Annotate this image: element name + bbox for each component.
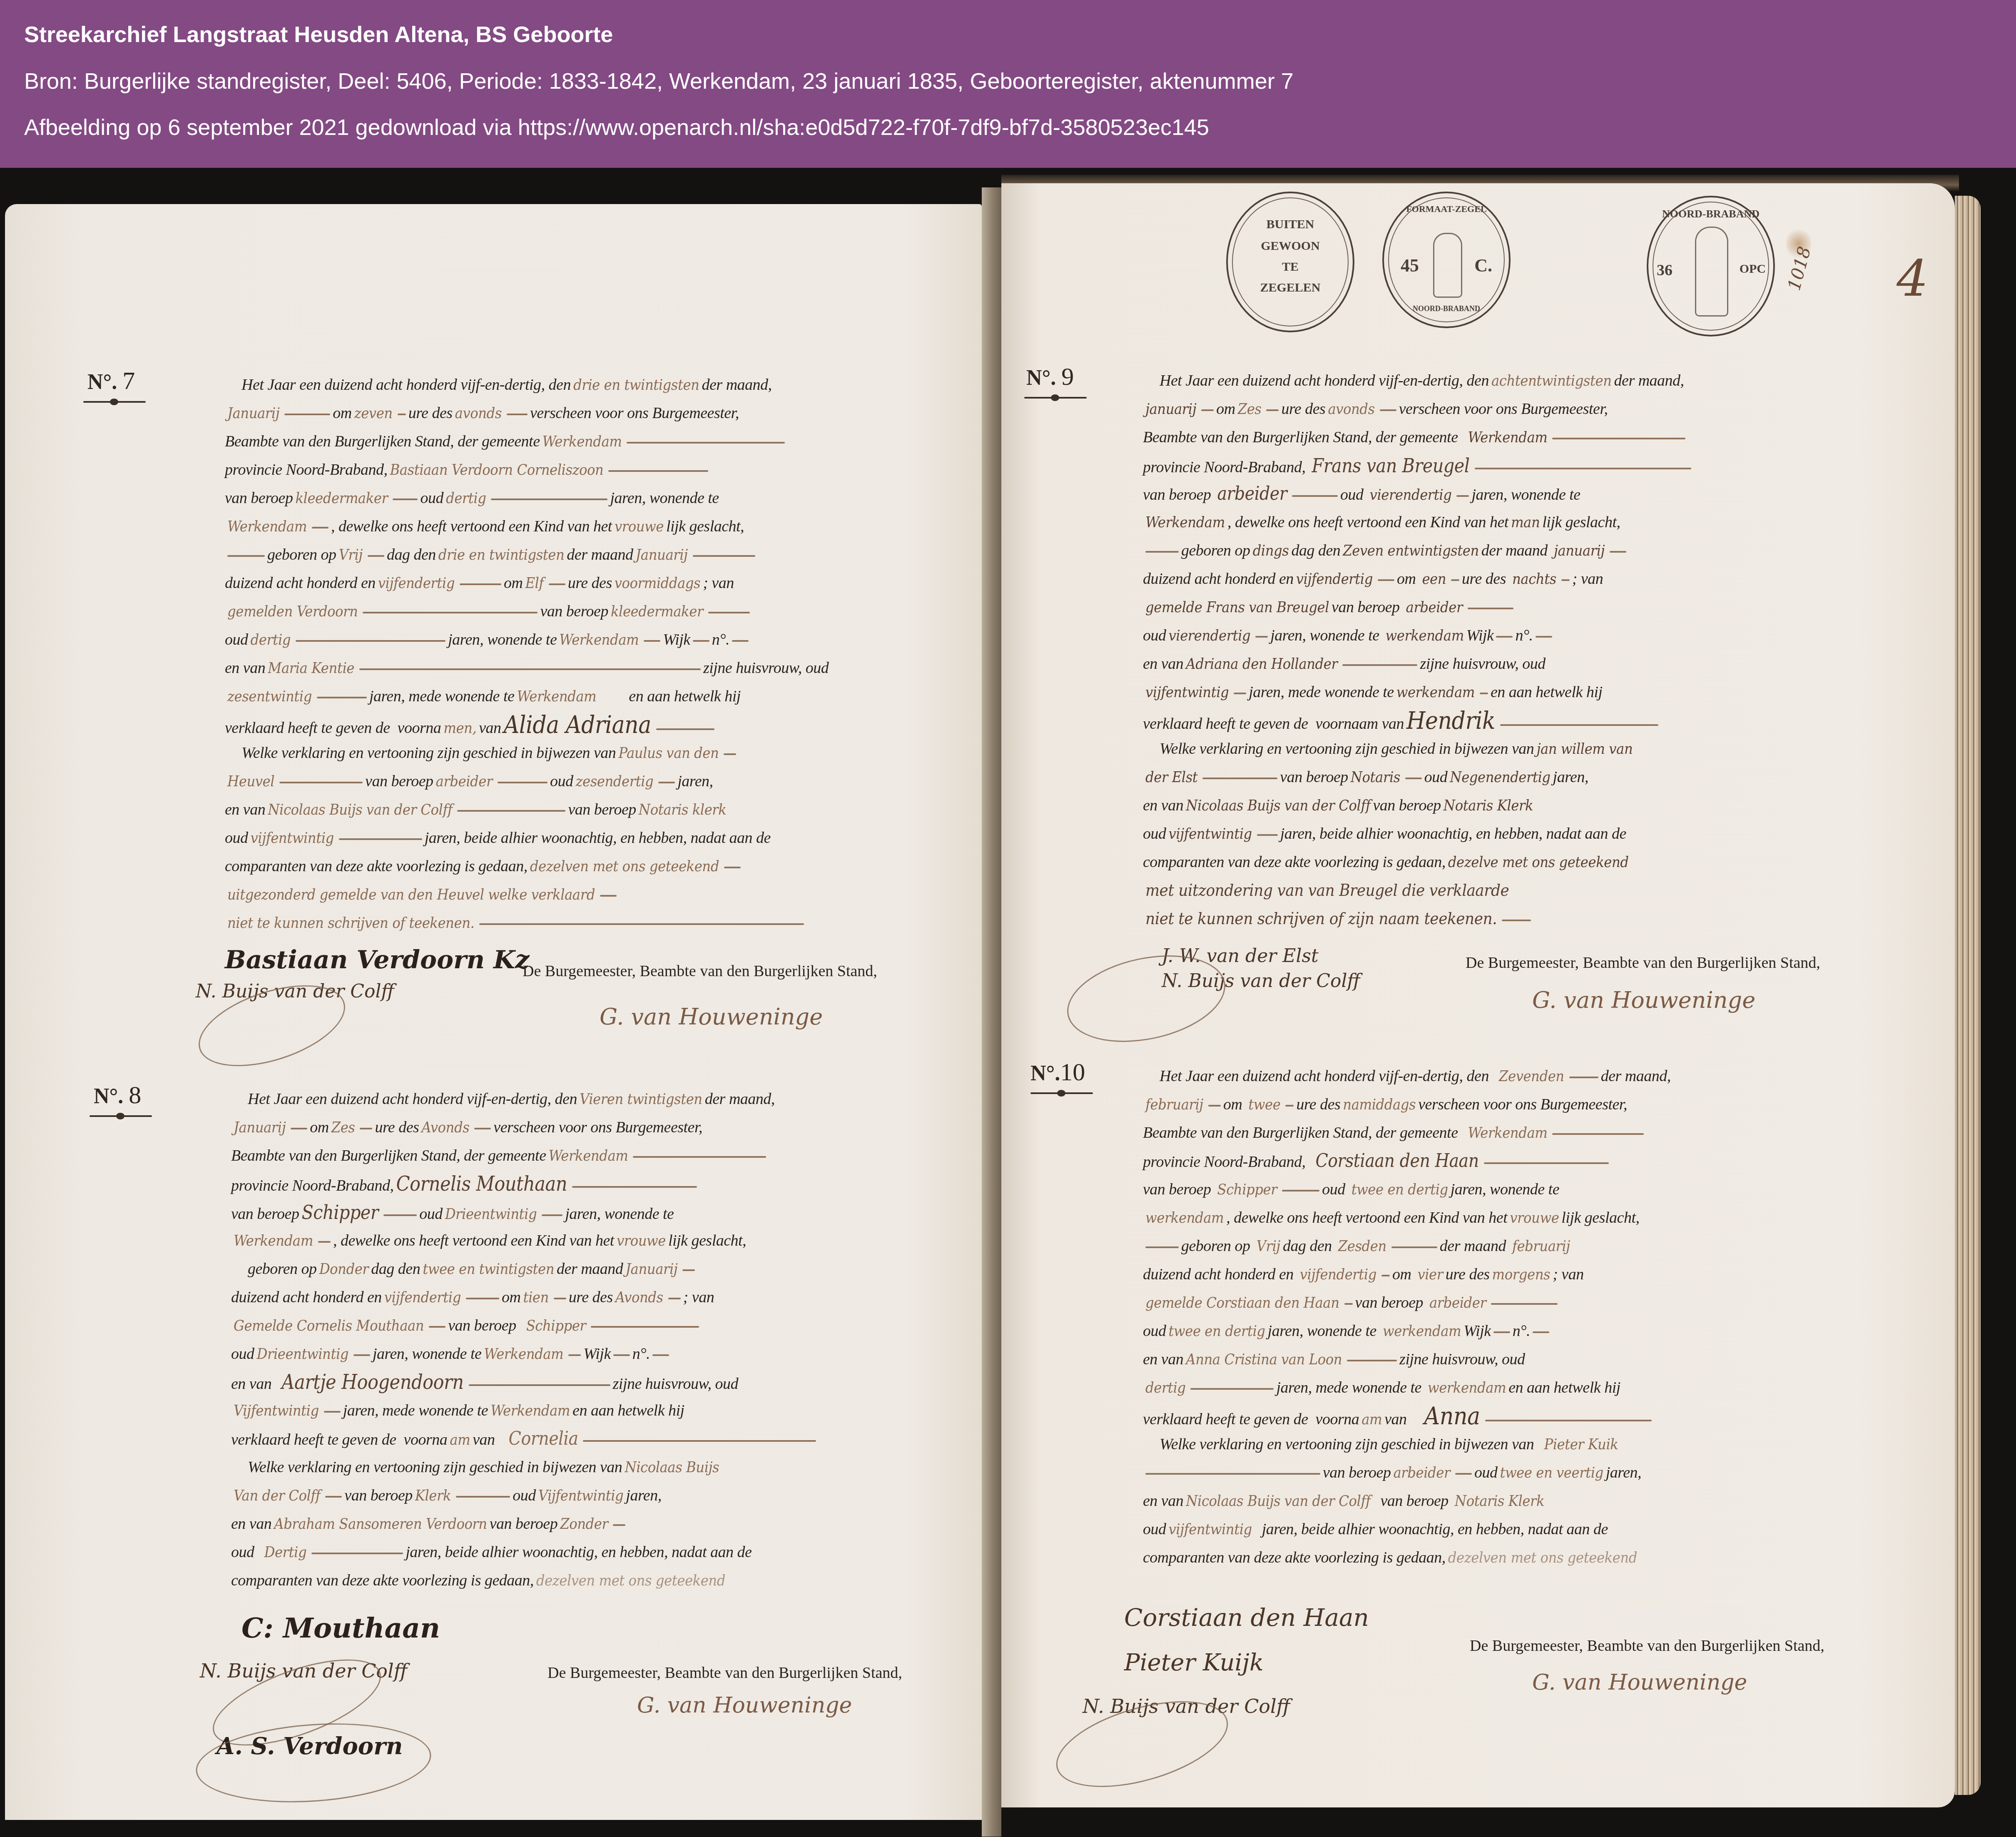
printed-text: oud bbox=[225, 631, 248, 648]
act-line: Welke verklaring en vertooning zijn gesc… bbox=[1143, 735, 1926, 763]
printed-text: oud bbox=[1143, 825, 1166, 842]
fill-line bbox=[491, 499, 607, 500]
fill-line bbox=[469, 1384, 610, 1386]
handwritten-entry: vrouwe bbox=[1507, 1209, 1561, 1226]
handwritten-entry: nachts bbox=[1510, 571, 1559, 588]
handwritten-entry: namiddags bbox=[1340, 1096, 1418, 1113]
stamp-text: FORMAAT-ZEGEL bbox=[1384, 204, 1509, 214]
printed-text: jaren, bbox=[1553, 768, 1588, 786]
stamp-text: ZEGELEN bbox=[1228, 281, 1353, 294]
handwritten-entry: Bastiaan Verdoorn Corneliszoon bbox=[387, 461, 606, 479]
printed-text: comparanten van deze akte voorlezing is … bbox=[1143, 1549, 1446, 1566]
handwritten-entry: achtentwintigsten bbox=[1489, 372, 1614, 389]
handwritten-entry: vrouwe bbox=[612, 518, 666, 535]
handwritten-entry: Werkendam bbox=[514, 688, 599, 705]
printed-text: ure des bbox=[1462, 570, 1506, 588]
handwritten-entry: werkendam bbox=[1143, 1209, 1226, 1226]
fill-line bbox=[479, 923, 804, 925]
printed-text: Welke verklaring en vertooning zijn gesc… bbox=[1160, 740, 1534, 758]
fill-line bbox=[398, 414, 406, 415]
child-name: Anna bbox=[1422, 1402, 1483, 1430]
printed-text: van beroep bbox=[1143, 1181, 1211, 1198]
handwritten-entry: Adriana den Hollander bbox=[1183, 656, 1340, 673]
handwritten-entry: dings bbox=[1250, 542, 1292, 559]
handwritten-entry: Negenendertig bbox=[1447, 769, 1553, 786]
printed-text: verklaard heeft te geven de bbox=[231, 1431, 396, 1448]
printed-text: om bbox=[310, 1119, 329, 1136]
ornament-divider bbox=[90, 1114, 152, 1118]
fill-line bbox=[1378, 579, 1394, 581]
handwritten-entry: vijfentwintig bbox=[248, 830, 336, 847]
act-line: geboren opdingsdag denZeven entwintigste… bbox=[1143, 536, 1926, 565]
handwritten-entry: Nicolaas Buijs van der Colff bbox=[265, 801, 455, 818]
printed-text: zijne huisvrouw, oud bbox=[703, 659, 829, 677]
act-line: oudvijfentwintigjaren, beide alhier woon… bbox=[1143, 820, 1926, 848]
handwritten-entry: Werkendam bbox=[540, 433, 625, 450]
act-line: Gemelde Cornelis Mouthaanvan beroep Schi… bbox=[231, 1311, 1014, 1340]
act-number-prefix: N°. bbox=[87, 370, 117, 394]
printed-text: om bbox=[1397, 570, 1416, 588]
fill-line bbox=[1145, 1473, 1320, 1475]
handwritten-entry: twee en veertig bbox=[1497, 1464, 1605, 1481]
act-line: en vanMaria Kentiezijne huisvrouw, oud bbox=[225, 654, 1008, 682]
printed-text: van beroep bbox=[1143, 486, 1211, 503]
handwritten-entry: januarij bbox=[1551, 542, 1607, 559]
act-line: en vanAbraham Sansomeren Verdoornvan ber… bbox=[231, 1510, 1014, 1538]
handwritten-entry: Notaris Klerk bbox=[1441, 797, 1536, 814]
act-line: Januarijomzevenure desavondsverscheen vo… bbox=[225, 399, 1008, 427]
act-line: en vanNicolaas Buijs van der Colff van b… bbox=[1143, 1487, 1926, 1515]
printed-text: ure des bbox=[1281, 400, 1325, 418]
printed-text: Beambte van den Burgerlijken Stand, der … bbox=[1143, 429, 1458, 446]
printed-text: en aan hetwelk hij bbox=[1508, 1379, 1620, 1396]
fill-line bbox=[1391, 1246, 1437, 1248]
fill-line bbox=[1561, 579, 1570, 581]
printed-text: voornaam van bbox=[1316, 715, 1404, 733]
act-line: provincie Noord-Braband, Frans van Breug… bbox=[1143, 451, 1926, 480]
act-number: N°.10 bbox=[1030, 1058, 1085, 1087]
act-line: Beambte van den Burgerlijken Stand, der … bbox=[225, 427, 1008, 456]
printed-text: van beroep bbox=[540, 603, 608, 620]
handwritten-entry: Vijfentwintig bbox=[231, 1402, 321, 1419]
handwritten-entry: avonds bbox=[453, 405, 504, 422]
handwritten-entry: Schipper bbox=[524, 1317, 589, 1334]
act-line: dertigjaren, mede wonende te werkendamen… bbox=[1143, 1373, 1926, 1402]
handwritten-entry: Pieter Kuik bbox=[1541, 1436, 1620, 1453]
handwritten-entry: werkendam bbox=[1383, 627, 1466, 644]
act-line: comparanten van deze akte voorlezing is … bbox=[1143, 848, 1926, 876]
act-number-value: 9 bbox=[1061, 363, 1074, 390]
printed-text: ure des bbox=[375, 1119, 419, 1136]
fill-line bbox=[1201, 409, 1214, 411]
noord-braband-stamp: NOORD-BRABAND 36 OPC bbox=[1647, 196, 1775, 336]
printed-text: provincie Noord-Braband, bbox=[225, 461, 387, 479]
handwritten-entry: Vieren twintigsten bbox=[577, 1091, 705, 1108]
printed-text: der maand bbox=[1481, 542, 1548, 559]
printed-text: voorna bbox=[398, 719, 441, 737]
printed-text: jaren, bbox=[1606, 1464, 1641, 1481]
act-line: gemelde Frans van Breugelvan beroep arbe… bbox=[1143, 593, 1926, 621]
handwritten-entry: Werkendam bbox=[231, 1232, 316, 1249]
act-line: Beambte van den Burgerlijken Stand, der … bbox=[231, 1142, 1014, 1170]
printed-text: jaren, wonende te bbox=[610, 489, 719, 507]
act-line: werkendam, dewelke ons heeft vertoond ee… bbox=[1143, 1204, 1926, 1232]
mayor-signature: G. van Houweninge bbox=[1532, 987, 1755, 1013]
printed-text: duizend acht honderd en bbox=[231, 1289, 382, 1306]
printed-text: , dewelke ons heeft vertoond een Kind va… bbox=[331, 518, 612, 535]
fill-line bbox=[682, 1269, 695, 1271]
printed-text: geboren op bbox=[267, 546, 336, 563]
handwritten-entry: Notaris bbox=[1348, 769, 1403, 786]
act-line: duizend acht honderd envijfendertigomtie… bbox=[231, 1283, 1014, 1311]
printed-text: dag den bbox=[1291, 542, 1340, 559]
printed-text: Welke verklaring en vertooning zijn gesc… bbox=[248, 1458, 622, 1476]
printed-text: jaren, wonende te bbox=[1451, 1181, 1559, 1198]
handwritten-entry: uitgezonderd gemelde van den Heuvel welk… bbox=[225, 886, 597, 903]
fill-line bbox=[1455, 1473, 1472, 1475]
printed-text: van beroep bbox=[231, 1205, 299, 1223]
handwritten-entry: gemelde Corstiaan den Haan bbox=[1143, 1294, 1342, 1311]
printed-text: Het Jaar een duizend acht honderd vijf-e… bbox=[1160, 372, 1489, 389]
handwritten-entry: Werkendam bbox=[546, 1147, 631, 1164]
act-line: van beroepkleedermakerouddertigjaren, wo… bbox=[225, 484, 1008, 512]
handwritten-entry: Aartje Hoogendoorn bbox=[279, 1371, 466, 1394]
fill-line bbox=[724, 867, 741, 868]
printed-text: jaren, beide alhier woonachtig, en hebbe… bbox=[425, 829, 771, 847]
witness-signature: Pieter Kuijk bbox=[1124, 1649, 1264, 1676]
mayor-signature: G. van Houweninge bbox=[637, 1693, 852, 1718]
printed-text: oud bbox=[513, 1487, 536, 1504]
handwritten-entry: gemelden Verdoorn bbox=[225, 603, 360, 620]
child-name: Cornelia bbox=[506, 1428, 581, 1449]
handwritten-entry: Zesden bbox=[1336, 1238, 1389, 1255]
handwritten-entry: Zeven entwintigsten bbox=[1340, 542, 1481, 559]
printed-text: jaren, wonende te bbox=[1268, 1322, 1376, 1340]
printed-text: geboren op bbox=[1181, 1237, 1250, 1255]
fill-line bbox=[1282, 1190, 1319, 1191]
act-line: geboren op Vrijdag den Zesdender maand f… bbox=[1143, 1232, 1926, 1260]
act-line: Werkendam, dewelke ons heeft vertoond ee… bbox=[1143, 508, 1926, 536]
act-line: oudvierendertigjaren, wonende te werkend… bbox=[1143, 621, 1926, 650]
fill-line bbox=[1342, 664, 1417, 666]
fill-line bbox=[1552, 438, 1685, 439]
printed-text: ; van bbox=[683, 1289, 714, 1306]
fill-line bbox=[613, 1524, 625, 1526]
handwritten-entry: een bbox=[1419, 571, 1449, 588]
handwritten-entry: Werkendam bbox=[1143, 514, 1227, 531]
fill-line bbox=[1405, 778, 1422, 779]
printed-text: ; van bbox=[1553, 1266, 1584, 1283]
handwritten-entry: werkendam bbox=[1380, 1323, 1463, 1340]
fill-line bbox=[1610, 551, 1626, 553]
handwritten-entry: Werkendam bbox=[488, 1402, 572, 1419]
act-line: gemelde Corstiaan den Haanvan beroep arb… bbox=[1143, 1289, 1926, 1317]
handwritten-entry: arbeider bbox=[1427, 1294, 1488, 1311]
stamp-text: NOORD-BRABAND bbox=[1384, 305, 1509, 313]
handwritten-entry: twee en twintigsten bbox=[420, 1261, 557, 1278]
act-line: van beroep Schipperoud twee en dertigjar… bbox=[1143, 1175, 1926, 1204]
printed-text: jaren, wonende te bbox=[565, 1205, 674, 1223]
handwritten-entry: vijfendertig bbox=[382, 1289, 463, 1306]
printed-text: oud bbox=[1340, 486, 1364, 503]
fill-line bbox=[1502, 920, 1531, 921]
handwritten-entry: der Elst bbox=[1143, 769, 1200, 786]
fill-line bbox=[613, 1354, 630, 1356]
fill-line bbox=[572, 1186, 697, 1188]
printed-text: oud bbox=[1143, 1322, 1166, 1340]
handwritten-entry: dezelven met ons geteekend bbox=[528, 858, 722, 875]
fill-line bbox=[353, 1354, 370, 1356]
handwritten-entry: kleedermaker bbox=[608, 603, 706, 620]
printed-text: Beambte van den Burgerlijken Stand, der … bbox=[231, 1147, 546, 1164]
act-line: Beambte van den Burgerlijken Stand, der … bbox=[1143, 423, 1926, 451]
handwritten-entry: dezelven met ons geteekend bbox=[534, 1572, 728, 1589]
act-line: Werkendam, dewelke ons heeft vertoond ee… bbox=[231, 1226, 1014, 1255]
handwritten-entry: Januarij bbox=[633, 546, 690, 563]
act-line: comparanten van deze akte voorlezing is … bbox=[231, 1566, 1014, 1595]
fill-line bbox=[363, 612, 538, 613]
fill-line bbox=[1491, 1303, 1558, 1305]
handwritten-entry: vierendertig bbox=[1166, 627, 1253, 644]
fill-line bbox=[554, 1298, 566, 1299]
act-line: ouddertigjaren, wonende teWerkendamWijkn… bbox=[225, 626, 1008, 654]
child-name: Alida Adriana bbox=[501, 710, 654, 739]
handwritten-entry: morgens bbox=[1490, 1266, 1553, 1283]
declarant-signature: Bastiaan Verdoorn Kz bbox=[225, 945, 529, 975]
act-line: JanuarijomZesure desAvondsverscheen voor… bbox=[231, 1113, 1014, 1142]
fill-line bbox=[1480, 693, 1488, 694]
fill-line bbox=[732, 640, 749, 642]
printed-text: Wijk bbox=[1466, 627, 1494, 644]
act-line: comparanten van deze akte voorlezing is … bbox=[1143, 1543, 1926, 1572]
fill-line bbox=[1381, 1275, 1390, 1276]
printed-text: om bbox=[504, 574, 523, 592]
ornament-divider bbox=[1024, 396, 1087, 400]
fill-line bbox=[456, 1496, 510, 1498]
handwritten-entry: Van der Colff bbox=[231, 1487, 323, 1504]
printed-text: zijne huisvrouw, oud bbox=[1420, 655, 1545, 673]
handwritten-entry: dertig bbox=[443, 490, 488, 507]
act-line: comparanten van deze akte voorlezing is … bbox=[225, 852, 1008, 880]
handwritten-entry: februarij bbox=[1510, 1238, 1573, 1255]
mayor-signature: G. van Houweninge bbox=[1532, 1670, 1747, 1695]
act-line: en vanNicolaas Buijs van der Colffvan be… bbox=[1143, 791, 1926, 820]
printed-text: jaren, bbox=[626, 1487, 661, 1504]
act-line: Van der Colffvan beroepKlerkoudVijfentwi… bbox=[231, 1481, 1014, 1510]
printed-text: jaren, wonende te bbox=[448, 631, 557, 648]
act-line: gemelden Verdoornvan beroepkleedermaker bbox=[225, 597, 1008, 626]
handwritten-entry: twee en dertig bbox=[1166, 1323, 1268, 1340]
printed-text: Welke verklaring en vertooning zijn gesc… bbox=[1160, 1436, 1534, 1453]
fill-line bbox=[1468, 608, 1513, 609]
act-line: Het Jaar een duizend acht honderd vijf-e… bbox=[1143, 366, 1926, 395]
fill-line bbox=[429, 1326, 446, 1328]
printed-text: verscheen voor ons Burgemeester, bbox=[493, 1119, 702, 1136]
fill-line bbox=[591, 1326, 699, 1328]
act-number-prefix: N°. bbox=[1030, 1062, 1060, 1085]
fill-line bbox=[1500, 724, 1658, 726]
stamp-value: C. bbox=[1474, 256, 1492, 276]
handwritten-entry: Werkendam bbox=[557, 631, 641, 648]
fill-line bbox=[633, 1156, 766, 1158]
handwritten-entry: twee bbox=[1246, 1096, 1283, 1113]
fill-line bbox=[568, 1354, 581, 1356]
printed-text: geboren op bbox=[248, 1260, 317, 1278]
printed-text: der maand, bbox=[705, 1090, 775, 1108]
printed-text: oud bbox=[225, 829, 248, 847]
printed-text: comparanten van deze akte voorlezing is … bbox=[231, 1572, 534, 1589]
printed-text: provincie Noord-Braband, bbox=[1143, 1153, 1305, 1171]
handwritten-entry: Avonds bbox=[419, 1119, 472, 1136]
handwritten-entry: Zevenden bbox=[1496, 1068, 1567, 1085]
handwritten-entry: Januarij bbox=[231, 1119, 288, 1136]
printed-text: jaren, beide alhier woonachtig, en hebbe… bbox=[406, 1543, 752, 1561]
handwritten-entry: Januarij bbox=[225, 405, 282, 422]
printed-text: en aan hetwelk hij bbox=[572, 1402, 684, 1419]
printed-text: voorna bbox=[1316, 1411, 1359, 1428]
fill-line bbox=[324, 1411, 341, 1413]
stamp-value: OPC bbox=[1740, 262, 1766, 276]
printed-text: jaren, beide alhier woonachtig, en hebbe… bbox=[1262, 1520, 1608, 1538]
printed-text: jaren, wonende te bbox=[1471, 486, 1580, 503]
printed-text: en van bbox=[1143, 655, 1183, 673]
handwritten-entry: Vrij bbox=[336, 546, 365, 563]
act-line: geboren opDonderdag dentwee en twintigst… bbox=[231, 1255, 1014, 1283]
act-number: N°. 9 bbox=[1026, 362, 1074, 391]
fill-line bbox=[1234, 693, 1246, 694]
handwritten-entry: Dertig bbox=[262, 1544, 309, 1561]
act-number-value: 8 bbox=[129, 1081, 141, 1109]
fill-line bbox=[296, 640, 446, 642]
fill-line bbox=[291, 1128, 307, 1129]
handwritten-entry: niet te kunnen schrijven of teekenen. bbox=[225, 915, 477, 932]
fill-line bbox=[1536, 636, 1552, 638]
handwritten-entry: men, bbox=[441, 720, 479, 737]
handwritten-entry: am bbox=[447, 1431, 473, 1448]
handwritten-entry: Drieentwintig bbox=[443, 1206, 540, 1223]
printed-text: om bbox=[1216, 400, 1235, 418]
printed-text: van beroep bbox=[1323, 1464, 1391, 1481]
printed-text: , dewelke ons heeft vertoond een Kind va… bbox=[1226, 1209, 1507, 1226]
act-line: Werkendam, dewelke ons heeft vertoond ee… bbox=[225, 512, 1008, 541]
fill-line bbox=[393, 499, 418, 500]
fill-line bbox=[1485, 1420, 1652, 1421]
handwritten-entry: februarij bbox=[1143, 1096, 1206, 1113]
handwritten-entry: vijfentwintig bbox=[1166, 1521, 1254, 1538]
act-line: Welke verklaring en vertooning zijn gesc… bbox=[1143, 1430, 1926, 1458]
printed-text: van beroep bbox=[490, 1515, 558, 1533]
act-line: duizend acht honderd en vijfendertigom v… bbox=[1143, 1260, 1926, 1289]
fill-line bbox=[1292, 495, 1338, 497]
fill-line bbox=[498, 782, 548, 783]
fill-line bbox=[318, 1241, 331, 1243]
birth-act: N°. 9 Het Jaar een duizend acht honderd … bbox=[1143, 366, 1926, 933]
printed-text: provincie Noord-Braband, bbox=[231, 1177, 393, 1194]
fill-line bbox=[1456, 495, 1469, 497]
act-line: Vijfentwintigjaren, mede wonende teWerke… bbox=[231, 1396, 1014, 1425]
handwritten-entry: Klerk bbox=[413, 1487, 453, 1504]
printed-text: jaren, wonende te bbox=[1270, 627, 1379, 644]
printed-text: dag den bbox=[1283, 1237, 1332, 1255]
handwritten-entry: vijfentwintig bbox=[1166, 825, 1254, 842]
handwritten-entry: Januarij bbox=[623, 1261, 680, 1278]
handwritten-entry: Zes bbox=[1235, 401, 1264, 418]
printed-text: oud bbox=[231, 1345, 254, 1363]
fill-line bbox=[474, 1128, 491, 1129]
fill-line bbox=[1569, 1077, 1598, 1078]
printed-text: oud bbox=[420, 489, 443, 507]
handwritten-entry: arbeider bbox=[1391, 1464, 1452, 1481]
handwritten-entry: Nicolaas Buijs van der Colff bbox=[1183, 797, 1373, 814]
fill-line bbox=[1257, 834, 1278, 836]
printed-text: , dewelke ons heeft vertoond een Kind va… bbox=[1227, 513, 1508, 531]
fill-line bbox=[360, 1128, 372, 1129]
printed-text: van bbox=[473, 1431, 495, 1448]
act-line: duizend acht honderd envijfendertigom ee… bbox=[1143, 565, 1926, 593]
printed-text: Wijk bbox=[663, 631, 690, 648]
handwritten-entry: zesendertig bbox=[573, 773, 656, 790]
fill-line bbox=[1380, 409, 1396, 411]
printed-text: Het Jaar een duizend acht honderd vijf-e… bbox=[1160, 1067, 1489, 1085]
handwritten-entry: Abraham Sansomeren Verdoorn bbox=[271, 1515, 490, 1533]
handwritten-entry: vijfendertig bbox=[376, 575, 457, 592]
page-number: 4 bbox=[1897, 250, 1928, 308]
fill-line bbox=[1484, 1162, 1609, 1164]
birth-act: N°. 7 Het Jaar een duizend acht honderd … bbox=[225, 371, 1008, 937]
handwritten-entry: gemelde Frans van Breugel bbox=[1143, 599, 1332, 616]
act-line: duizend acht honderd envijfendertigomElf… bbox=[225, 569, 1008, 597]
fill-line bbox=[339, 838, 422, 840]
fill-line bbox=[656, 728, 714, 730]
printed-text: van beroep bbox=[1332, 598, 1399, 616]
printed-text: Welke verklaring en vertooning zijn gesc… bbox=[241, 744, 616, 762]
act-line: der Elstvan beroepNotarisoudNegenenderti… bbox=[1143, 763, 1926, 791]
printed-text: van beroep bbox=[365, 773, 433, 790]
printed-text: oud bbox=[419, 1205, 443, 1223]
printed-text: ; van bbox=[1572, 570, 1603, 588]
act-line: uitgezonderd gemelde van den Heuvel welk… bbox=[225, 880, 1008, 909]
fill-line bbox=[368, 555, 384, 557]
handwritten-entry: tien bbox=[520, 1289, 551, 1306]
handwritten-entry: Heuvel bbox=[225, 773, 277, 790]
declarant-signature: C: Mouthaan bbox=[241, 1612, 440, 1644]
printed-text: jaren, beide alhier woonachtig, en hebbe… bbox=[1280, 825, 1626, 842]
handwritten-entry: vierendertig bbox=[1367, 486, 1454, 503]
printed-text: jaren, bbox=[677, 773, 713, 790]
act-line: provincie Noord-Braband, Corstiaan den H… bbox=[1143, 1147, 1926, 1175]
printed-text: jaren, mede wonende te bbox=[1249, 683, 1394, 701]
stamp-text: GEWOON bbox=[1228, 239, 1353, 253]
printed-text: om bbox=[502, 1289, 520, 1306]
printed-text: en aan hetwelk hij bbox=[1491, 683, 1603, 701]
download-note: Afbeelding op 6 september 2021 gedownloa… bbox=[24, 115, 1209, 140]
handwritten-entry: vijfendertig bbox=[1297, 1266, 1379, 1283]
printed-text: der maand bbox=[557, 1260, 623, 1278]
act-line: oudtwee en dertigjaren, wonende te werke… bbox=[1143, 1317, 1926, 1345]
printed-text: en van bbox=[1143, 797, 1183, 814]
printed-text: lijk geslacht, bbox=[666, 518, 744, 535]
act-line: verklaard heeft te geven de voornaamvan … bbox=[231, 1425, 1014, 1453]
printed-text: van beroep bbox=[448, 1317, 516, 1334]
burgemeester-label: De Burgemeester, Beambte van den Burgerl… bbox=[1466, 954, 1820, 972]
printed-text: duizend acht honderd en bbox=[1143, 1266, 1294, 1283]
printed-text: oud bbox=[1424, 768, 1448, 786]
fill-line bbox=[1475, 468, 1691, 469]
handwritten-entry: vrouwe bbox=[614, 1232, 668, 1249]
burgemeester-label: De Burgemeester, Beambte van den Burgerl… bbox=[548, 1664, 902, 1682]
fill-line bbox=[1190, 1388, 1274, 1390]
crown-icon bbox=[1433, 233, 1462, 298]
